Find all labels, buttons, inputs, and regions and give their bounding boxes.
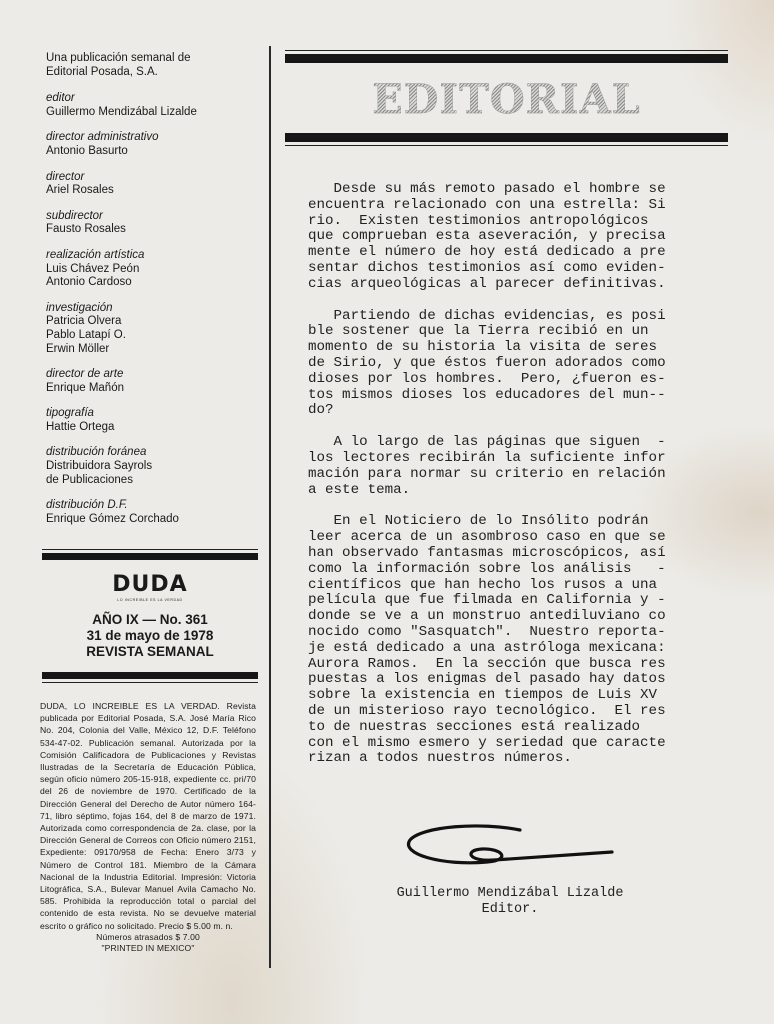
rule xyxy=(285,54,728,63)
rule xyxy=(285,50,728,51)
credit-group: subdirectorFausto Rosales xyxy=(46,210,261,237)
editorial-body: Desde su más remoto pasado el hombre se … xyxy=(308,182,710,783)
signature-name: Guillermo Mendizábal Lizalde xyxy=(360,886,660,902)
signature-icon xyxy=(402,822,617,872)
credit-name: Luis Chávez Peón xyxy=(46,263,261,277)
editorial-paragraph: Desde su más remoto pasado el hombre se … xyxy=(308,182,710,293)
issue-year-number: AÑO IX — No. 361 xyxy=(42,612,258,628)
credit-group: director de arteEnrique Mañón xyxy=(46,368,261,395)
credit-group: tipografíaHattie Ortega xyxy=(46,407,261,434)
printed-in: "PRINTED IN MEXICO" xyxy=(40,943,256,954)
editorial-title: EDITORIAL xyxy=(285,75,728,125)
rule xyxy=(42,672,258,679)
credit-name: Pablo Latapí O. xyxy=(46,329,261,343)
masthead: Una publicación semanal de Editorial Pos… xyxy=(46,52,261,538)
credit-group: editorGuillermo Mendizábal Lizalde xyxy=(46,92,261,119)
legal-notice: DUDA, LO INCREIBLE ES LA VERDAD. Revista… xyxy=(40,700,256,954)
issue-box: DUDA LO INCREIBLE ES LA VERDAD AÑO IX — … xyxy=(42,549,258,683)
editorial-paragraph: En el Noticiero de lo Insólito podrán le… xyxy=(308,514,710,767)
column-divider xyxy=(269,46,271,968)
credit-name: Guillermo Mendizábal Lizalde xyxy=(46,106,261,120)
credit-role: subdirector xyxy=(46,210,261,224)
intro-line: Editorial Posada, S.A. xyxy=(46,66,261,80)
back-issues-price: Números atrasados $ 7.00 xyxy=(40,932,256,943)
credit-group: directorAriel Rosales xyxy=(46,171,261,198)
credit-role: investigación xyxy=(46,302,261,316)
issue-info: AÑO IX — No. 361 31 de mayo de 1978 REVI… xyxy=(42,612,258,660)
rule xyxy=(42,682,258,683)
credit-name: Ariel Rosales xyxy=(46,184,261,198)
signature-block: Guillermo Mendizábal Lizalde Editor. xyxy=(360,886,660,918)
credit-name: Distribuidora Sayrols xyxy=(46,460,261,474)
credit-group: director administrativoAntonio Basurto xyxy=(46,131,261,158)
signature-title: Editor. xyxy=(360,902,660,918)
credit-role: distribución foránea xyxy=(46,446,261,460)
editorial-header: EDITORIAL xyxy=(285,50,728,146)
credit-name: Enrique Gómez Corchado xyxy=(46,513,261,527)
credit-role: director de arte xyxy=(46,368,261,382)
credits-list: editorGuillermo Mendizábal Lizaldedirect… xyxy=(46,92,261,526)
credit-name: Patricia Olvera xyxy=(46,315,261,329)
credit-name: Enrique Mañón xyxy=(46,382,261,396)
credit-role: director administrativo xyxy=(46,131,261,145)
masthead-intro: Una publicación semanal de Editorial Pos… xyxy=(46,52,261,79)
issue-date: 31 de mayo de 1978 xyxy=(42,628,258,644)
rule xyxy=(42,549,258,550)
credit-group: realización artísticaLuis Chávez PeónAnt… xyxy=(46,249,261,290)
credit-group: distribución D.F.Enrique Gómez Corchado xyxy=(46,499,261,526)
legal-text: DUDA, LO INCREIBLE ES LA VERDAD. Revista… xyxy=(40,700,256,932)
credit-name: Erwin Möller xyxy=(46,343,261,357)
credit-role: realización artística xyxy=(46,249,261,263)
rule xyxy=(42,553,258,560)
intro-line: Una publicación semanal de xyxy=(46,52,261,66)
credit-group: distribución foráneaDistribuidora Sayrol… xyxy=(46,446,261,487)
rule xyxy=(285,145,728,146)
duda-logo: DUDA xyxy=(42,574,258,596)
editorial-paragraph: A lo largo de las páginas que siguen - l… xyxy=(308,435,710,498)
credit-role: tipografía xyxy=(46,407,261,421)
issue-type: REVISTA SEMANAL xyxy=(42,644,258,660)
credit-role: editor xyxy=(46,92,261,106)
credit-name: de Publicaciones xyxy=(46,474,261,488)
credit-name: Fausto Rosales xyxy=(46,223,261,237)
rule xyxy=(285,133,728,142)
editorial-paragraph: Partiendo de dichas evidencias, es posi … xyxy=(308,309,710,420)
credit-group: investigaciónPatricia OlveraPablo Latapí… xyxy=(46,302,261,356)
credit-name: Antonio Basurto xyxy=(46,145,261,159)
credit-role: distribución D.F. xyxy=(46,499,261,513)
credit-name: Hattie Ortega xyxy=(46,421,261,435)
duda-tagline: LO INCREIBLE ES LA VERDAD xyxy=(42,598,258,602)
credit-name: Antonio Cardoso xyxy=(46,276,261,290)
credit-role: director xyxy=(46,171,261,185)
